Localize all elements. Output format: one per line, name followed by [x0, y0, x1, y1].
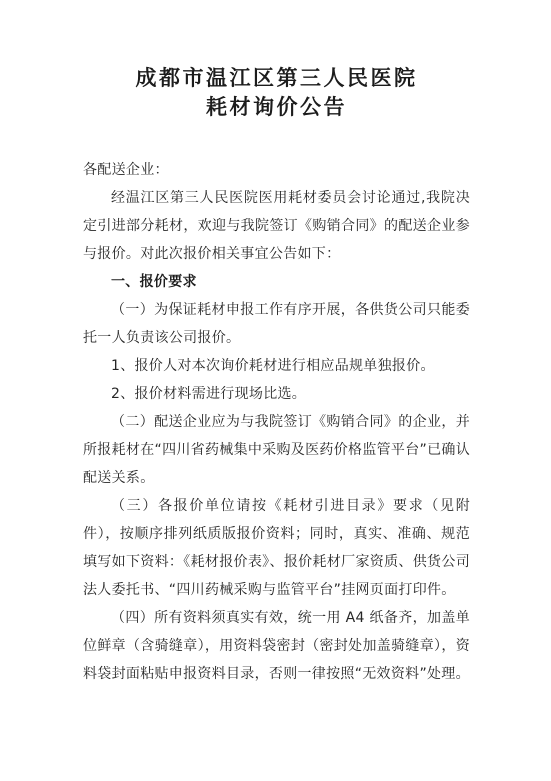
paragraph-requirement-4: （四）所有资料须真实有效，统一用 A4 纸备齐，加盖单位鲜章（含骑缝章），用资料… [83, 604, 470, 688]
paragraph-requirement-1: （一）为保证耗材申报工作有序开展，各供货公司只能委托一人负责该公司报价。 [83, 296, 470, 352]
title-line-announcement-name: 耗材询价公告 [83, 93, 470, 122]
paragraph-requirement-1-item-2: 2、报价材料需进行现场比选。 [83, 380, 470, 408]
section-heading-quote-requirements: 一、报价要求 [83, 268, 470, 296]
paragraph-requirement-1-item-1: 1、报价人对本次询价耗材进行相应品规单独报价。 [83, 352, 470, 380]
document-page: 成都市温江区第三人民医院 耗材询价公告 各配送企业： 经温江区第三人民医院医用耗… [0, 0, 551, 781]
title-line-hospital-name: 成都市温江区第三人民医院 [83, 64, 470, 93]
salutation-line: 各配送企业： [83, 156, 470, 184]
document-title: 成都市温江区第三人民医院 耗材询价公告 [83, 64, 470, 122]
paragraph-requirement-2: （二）配送企业应为与我院签订《购销合同》的企业，并所报耗材在“四川省药械集中采购… [83, 408, 470, 492]
paragraph-intro: 经温江区第三人民医院医用耗材委员会讨论通过,我院决定引进部分耗材，欢迎与我院签订… [83, 184, 470, 268]
document-body: 各配送企业： 经温江区第三人民医院医用耗材委员会讨论通过,我院决定引进部分耗材，… [83, 156, 470, 688]
paragraph-requirement-3: （三）各报价单位请按《耗材引进目录》要求（见附件），按顺序排列纸质版报价资料；同… [83, 492, 470, 604]
